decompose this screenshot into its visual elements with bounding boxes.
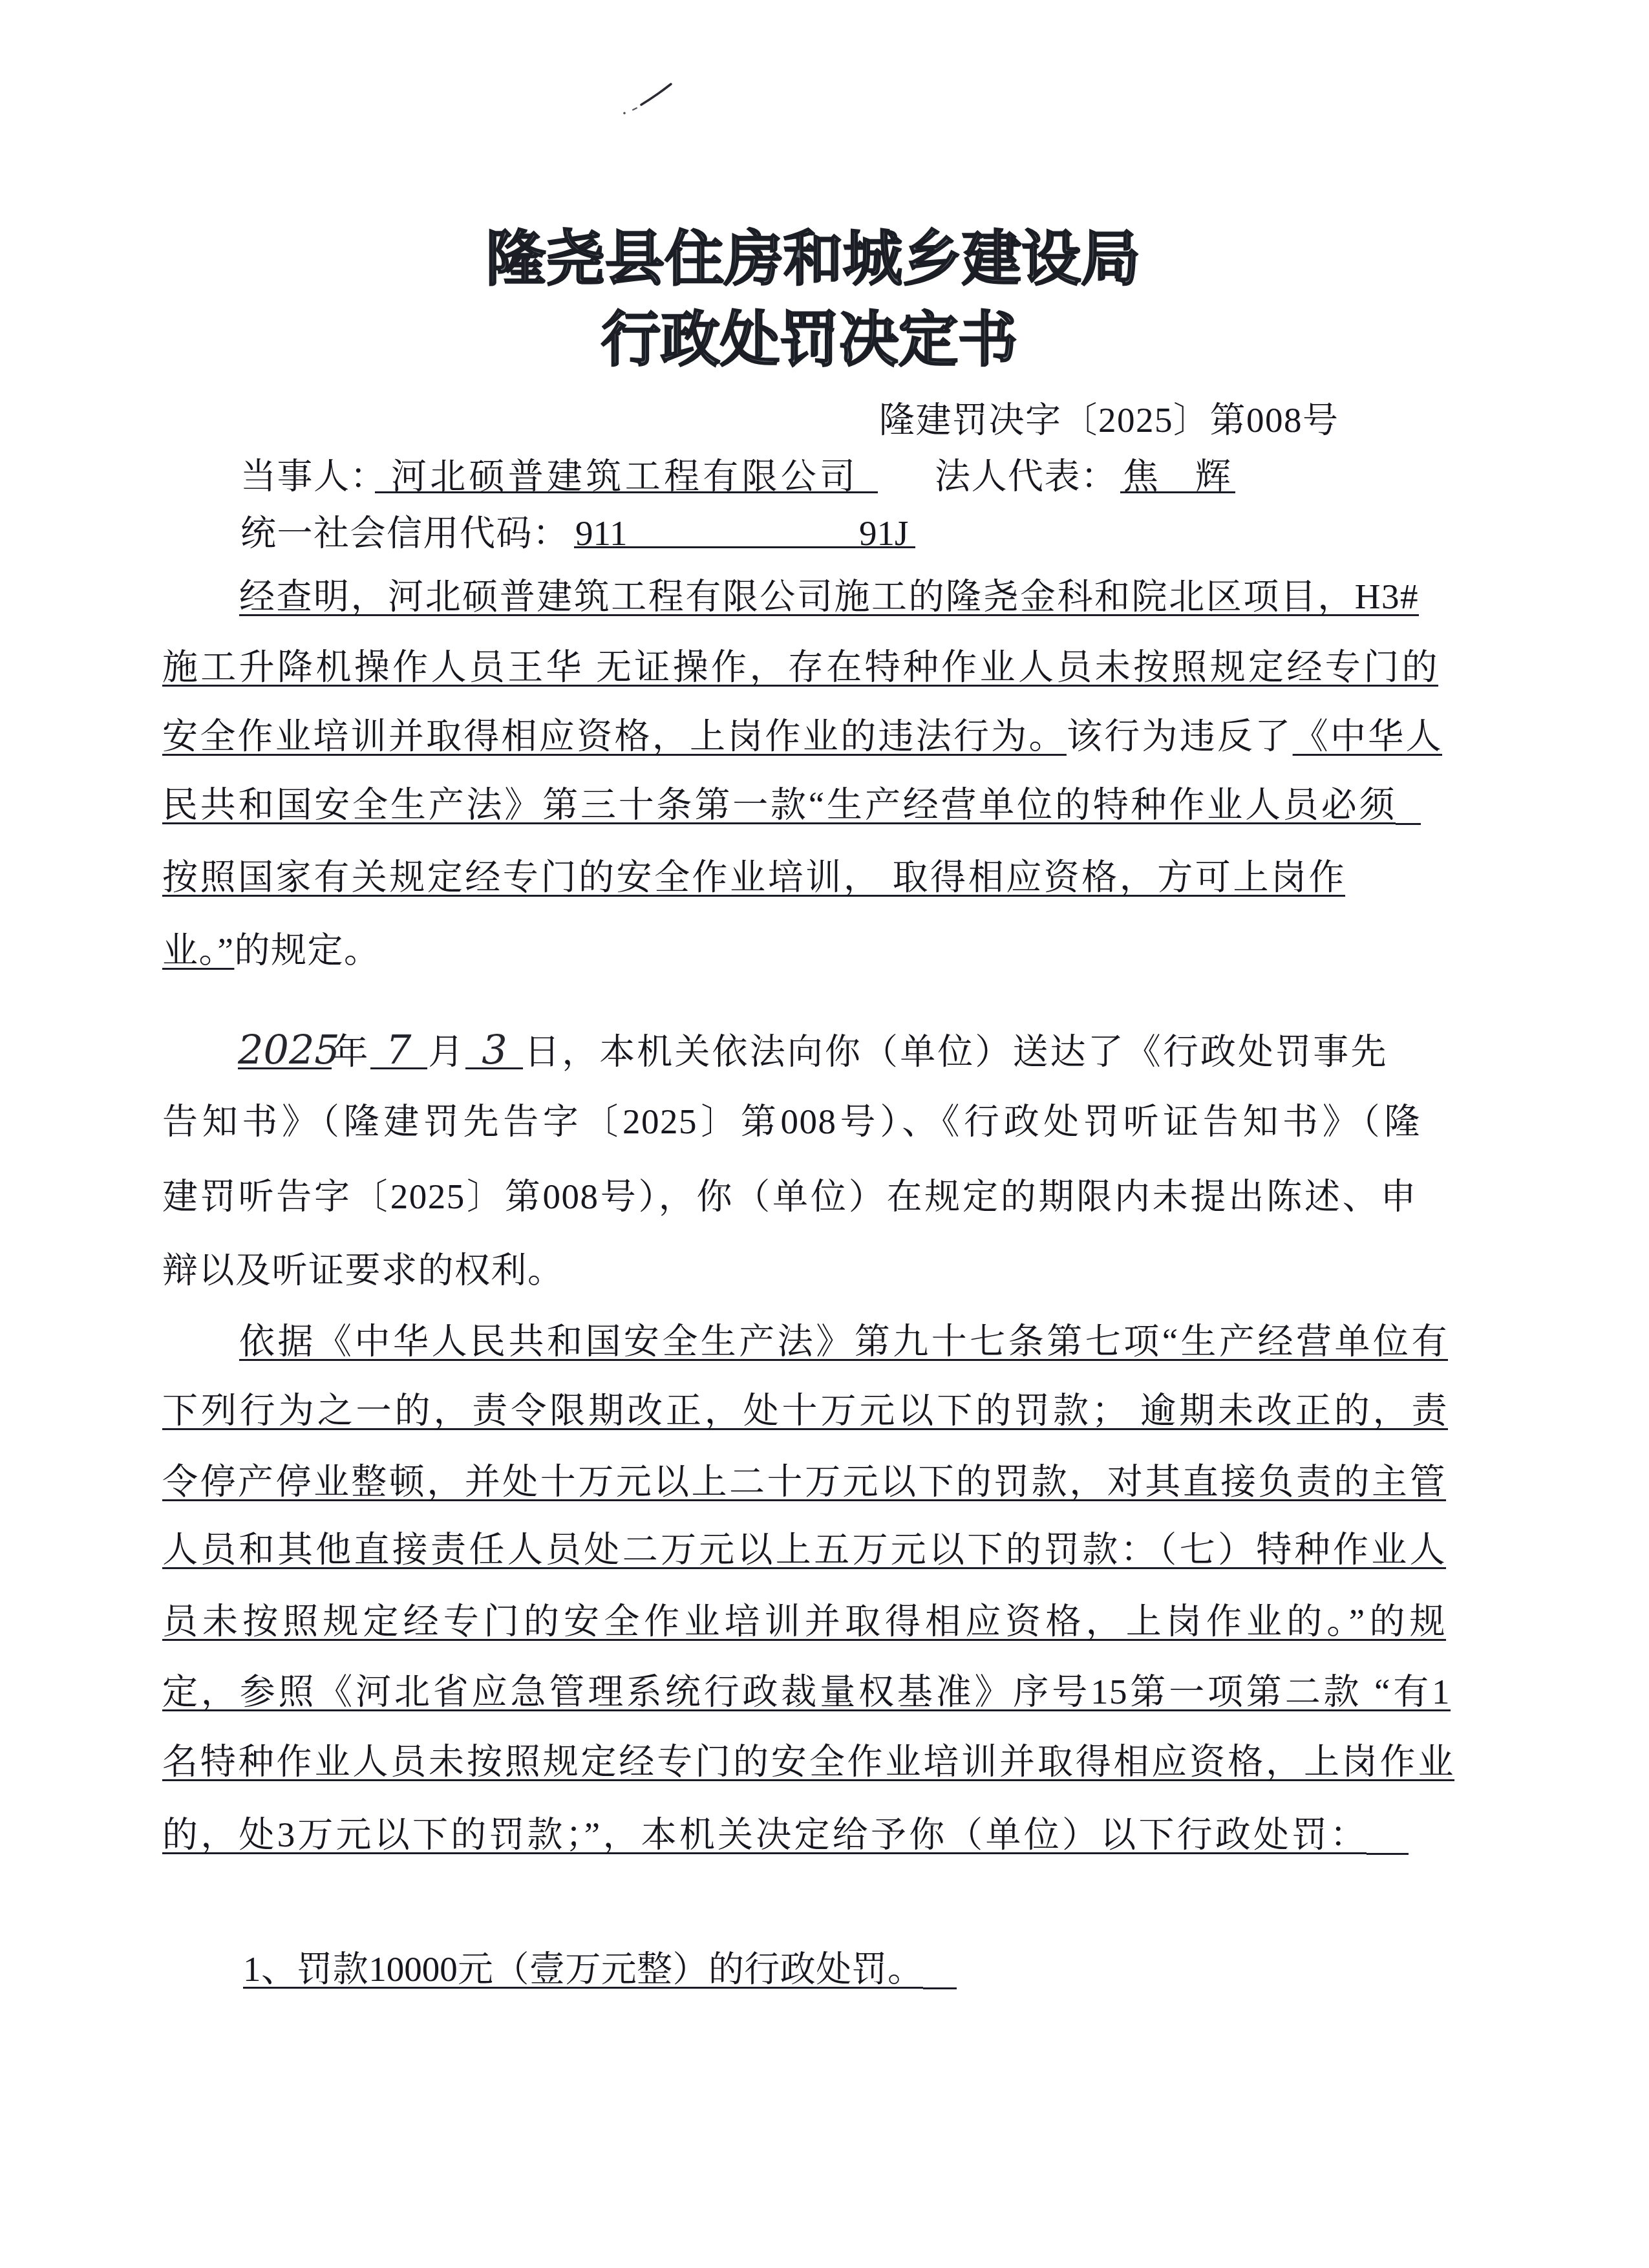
credit-code-field: 911 91J [574,511,915,548]
handwritten-year: 2025 [238,1026,340,1073]
legal-basis-line-5: 员未按照规定经专门的安全作业培训并取得相应资格，上岗作业的。”的规 [162,1599,1446,1644]
party-name: 河北硕普建筑工程有限公司 [391,454,855,499]
underlined-text: 员未按照规定经专门的安全作业培训并取得相应资格，上岗作业的。”的规 [162,1601,1446,1641]
party-label: 当事人： [240,454,387,499]
penalty-item-1: 1、罚款10000元（壹万元整）的行政处罚。 [243,1947,923,1992]
findings-line-2: 施工升降机操作人员王华 无证操作，存在特种作业人员未按照规定经专门的 [162,645,1438,690]
document-number: 隆建罚决字〔2025〕第008号 [879,398,1338,443]
notice-line-3: 建罚听告字〔2025〕第008号），你（单位）在规定的期限内未提出陈述、申 [162,1174,1417,1219]
party-name-field: 河北硕普建筑工程有限公司 [375,454,878,493]
handwritten-year-field: 2025 [238,1027,332,1069]
underlined-text: 按照国家有关规定经专门的安全作业培训， 取得相应资格，方可上岗作 [162,857,1345,897]
credit-code-label: 统一社会信用代码： [240,511,569,556]
legal-rep-given-name: 辉 [1195,454,1234,499]
underlined-text: 名特种作业人员未按照规定经专门的安全作业培训并取得相应资格，上岗作业 [162,1742,1454,1781]
notice-line-1: 2025年7月3日，本机关依法向你（单位）送达了《行政处罚事先 [238,1027,1387,1073]
handwritten-month: 7 [386,1026,411,1073]
legal-basis-line-3: 令停产停业整顿，并处十万元以上二十万元以下的罚款，对其直接负责的主管 [162,1459,1446,1504]
legal-basis-line-2: 下列行为之一的，责令限期改正，处十万元以下的罚款； 逾期未改正的，责 [162,1388,1448,1433]
findings-line-3: 安全作业培训并取得相应资格，上岗作业的违法行为。该行为违反了《中华人 [162,714,1442,759]
underlined-text: 《中华人 [1293,716,1442,756]
credit-code-start: 911 [575,511,640,556]
handwritten-day: 3 [482,1026,507,1073]
underlined-text: 民共和国安全生产法》第三十条第一款“生产经营单位的特种作业人员必须 [162,785,1396,824]
year-suffix: 年 [332,1032,370,1071]
notice-line-4: 辩以及听证要求的权利。 [162,1248,564,1293]
legal-basis-line-8: 的，处3万元以下的罚款；”，本机关决定给予你（单位）以下行政处罚： [162,1812,1367,1857]
day-suffix: 日 [523,1032,562,1071]
findings-line-6: 业。”的规定。 [162,928,380,973]
legal-basis-line-7: 名特种作业人员未按照规定经专门的安全作业培训并取得相应资格，上岗作业 [162,1739,1454,1784]
document-page: 隆尧县住房和城乡建设局 行政处罚决定书 隆建罚决字〔2025〕第008号 当事人… [0,0,1649,2268]
handwritten-month-field: 7 [370,1027,427,1069]
notice-text: ，本机关依法向你（单位）送达了《行政处罚事先 [562,1032,1387,1071]
findings-line-5: 按照国家有关规定经专门的安全作业培训， 取得相应资格，方可上岗作 [162,855,1345,900]
month-suffix: 月 [427,1032,466,1071]
legal-basis-line-4: 人员和其他直接责任人员处二万元以上五万元以下的罚款：（七）特种作业人 [162,1527,1446,1572]
credit-code-end: 91J [859,511,917,556]
findings-line-1: 经查明，河北硕普建筑工程有限公司施工的隆尧金科和院北区项目，H3# [239,574,1419,619]
underlined-text: 下列行为之一的，责令限期改正，处十万元以下的罚款； 逾期未改正的，责 [162,1391,1448,1430]
underline-extension [1367,1853,1409,1855]
underlined-text: 令停产停业整顿，并处十万元以上二十万元以下的罚款，对其直接负责的主管 [162,1462,1446,1501]
pen-mark [617,78,682,123]
legal-basis-line-6: 定，参照《河北省应急管理系统行政裁量权基准》序号15第一项第二款 “有1 [162,1669,1451,1715]
legal-rep-label: 法人代表： [935,454,1118,499]
plain-text: 的规定。 [234,930,380,970]
underline-extension [1396,823,1421,825]
underline-extension [923,1987,957,1989]
notice-line-2: 告知书》（隆建罚先告字〔2025〕第008号）、《行政处罚听证告知书》（隆 [162,1099,1421,1144]
underlined-text: 经查明，河北硕普建筑工程有限公司施工的隆尧金科和院北区项目，H3# [239,577,1419,616]
legal-rep-surname: 焦 [1123,454,1162,499]
plain-text: 该行为违反了 [1067,716,1293,756]
issuing-authority-title: 隆尧县住房和城乡建设局 [486,226,1122,291]
findings-line-4: 民共和国安全生产法》第三十条第一款“生产经营单位的特种作业人员必须 [162,782,1396,828]
underlined-text: 定，参照《河北省应急管理系统行政裁量权基准》序号15第一项第二款 “有1 [162,1672,1451,1711]
document-type-title: 行政处罚决定书 [601,307,1007,372]
underlined-text: 依据《中华人民共和国安全生产法》第九十七条第七项“生产经营单位有 [239,1321,1448,1361]
underlined-text: 1、罚款10000元（壹万元整）的行政处罚。 [243,1949,923,1989]
handwritten-day-field: 3 [465,1027,523,1069]
legal-basis-line-1: 依据《中华人民共和国安全生产法》第九十七条第七项“生产经营单位有 [239,1319,1448,1364]
legal-rep-field: 焦 辉 [1120,454,1235,493]
underlined-text: 业。” [162,930,234,970]
underlined-text: 安全作业培训并取得相应资格，上岗作业的违法行为。 [162,716,1067,756]
underlined-text: 人员和其他直接责任人员处二万元以上五万元以下的罚款：（七）特种作业人 [162,1530,1446,1569]
underlined-text: 的，处3万元以下的罚款；”，本机关决定给予你（单位）以下行政处罚： [162,1815,1367,1854]
underlined-text: 施工升降机操作人员王华 无证操作，存在特种作业人员未按照规定经专门的 [162,647,1438,687]
